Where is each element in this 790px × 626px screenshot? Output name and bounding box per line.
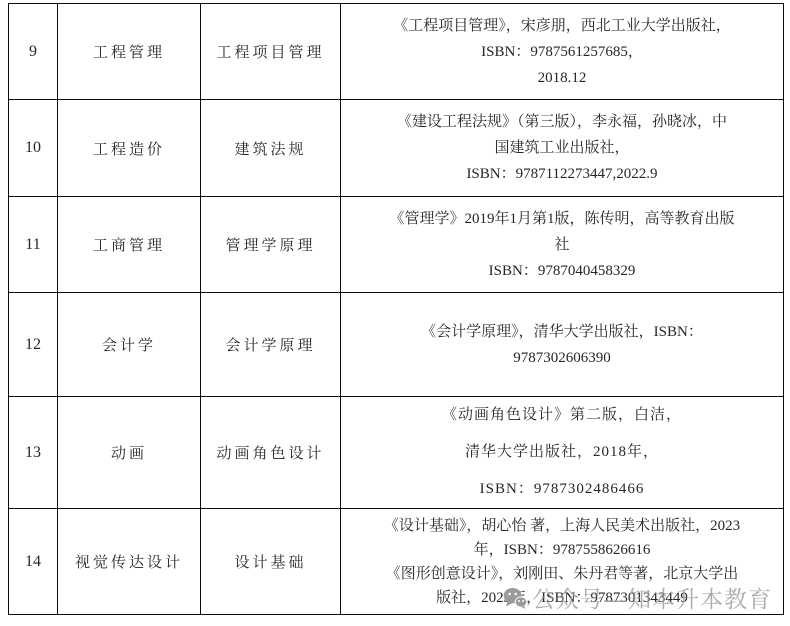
textbook-line: 社 — [341, 232, 783, 258]
textbook-line: 9787302606390 — [341, 345, 783, 371]
row-number-cell: 14 — [9, 509, 58, 615]
row-number-cell: 10 — [9, 100, 58, 197]
major-cell: 动画 — [58, 397, 201, 509]
textbook-line: 2018.12 — [341, 65, 783, 91]
textbook-line: ISBN：9787040458329 — [341, 258, 783, 284]
textbook-cell: 《会计学原理》，清华大学出版社，ISBN：9787302606390 — [341, 293, 784, 397]
textbook-line: 《图形创意设计》，刘刚田、朱丹君等著，北京大学出 — [341, 562, 783, 586]
table-row: 12 会计学 会计学原理 《会计学原理》，清华大学出版社，ISBN：978730… — [9, 293, 784, 397]
textbook-line: 《会计学原理》，清华大学出版社，ISBN： — [341, 319, 783, 345]
textbook-line: 《设计基础》，胡心怡 著，上海人民美术出版社，2023 — [341, 514, 783, 538]
course-cell: 管理学原理 — [201, 197, 341, 293]
table-row: 14 视觉传达设计 设计基础 《设计基础》，胡心怡 著，上海人民美术出版社，20… — [9, 509, 784, 615]
textbook-cell: 《动画角色设计》第二版，白洁，清华大学出版社，2018年，ISBN：978730… — [341, 397, 784, 509]
textbook-line: ISBN：9787112273447,2022.9 — [341, 161, 783, 187]
textbook-line: 清华大学出版社，2018年， — [341, 434, 783, 471]
major-cell: 工程造价 — [58, 100, 201, 197]
textbook-line: ISBN：9787302486466 — [341, 471, 783, 508]
course-cell: 会计学原理 — [201, 293, 341, 397]
textbook-table: 9 工程管理 工程项目管理 《工程项目管理》，宋彦朋，西北工业大学出版社，ISB… — [8, 3, 784, 615]
table-body: 9 工程管理 工程项目管理 《工程项目管理》，宋彦朋，西北工业大学出版社，ISB… — [9, 4, 784, 615]
course-cell: 动画角色设计 — [201, 397, 341, 509]
row-number-cell: 9 — [9, 4, 58, 100]
textbook-cell: 《建设工程法规》（第三版），李永福，孙晓冰，中国建筑工业出版社，ISBN：978… — [341, 100, 784, 197]
textbook-line: ISBN：9787561257685， — [341, 39, 783, 65]
textbook-line: 《建设工程法规》（第三版），李永福，孙晓冰，中 — [341, 109, 783, 135]
textbook-line: 《动画角色设计》第二版，白洁， — [341, 397, 783, 434]
table-row: 11 工商管理 管理学原理 《管理学》2019年1月第1版，陈传明，高等教育出版… — [9, 197, 784, 293]
textbook-line: 《工程项目管理》，宋彦朋，西北工业大学出版社， — [341, 13, 783, 39]
major-cell: 视觉传达设计 — [58, 509, 201, 615]
course-cell: 建筑法规 — [201, 100, 341, 197]
table-row: 13 动画 动画角色设计 《动画角色设计》第二版，白洁，清华大学出版社，2018… — [9, 397, 784, 509]
textbook-line: 国建筑工业出版社， — [341, 135, 783, 161]
document-page: 9 工程管理 工程项目管理 《工程项目管理》，宋彦朋，西北工业大学出版社，ISB… — [0, 0, 790, 626]
textbook-cell: 《设计基础》，胡心怡 著，上海人民美术出版社，2023年，ISBN：978755… — [341, 509, 784, 615]
textbook-line: 《管理学》2019年1月第1版，陈传明，高等教育出版 — [341, 206, 783, 232]
course-cell: 设计基础 — [201, 509, 341, 615]
textbook-line: 年，ISBN：9787558626616 — [341, 538, 783, 562]
major-cell: 会计学 — [58, 293, 201, 397]
course-cell: 工程项目管理 — [201, 4, 341, 100]
table-row: 10 工程造价 建筑法规 《建设工程法规》（第三版），李永福，孙晓冰，中国建筑工… — [9, 100, 784, 197]
row-number-cell: 13 — [9, 397, 58, 509]
table-row: 9 工程管理 工程项目管理 《工程项目管理》，宋彦朋，西北工业大学出版社，ISB… — [9, 4, 784, 100]
textbook-line: 版社，2023年，ISBN：9787301343449 — [341, 586, 783, 610]
major-cell: 工程管理 — [58, 4, 201, 100]
textbook-cell: 《工程项目管理》，宋彦朋，西北工业大学出版社，ISBN：978756125768… — [341, 4, 784, 100]
row-number-cell: 11 — [9, 197, 58, 293]
textbook-cell: 《管理学》2019年1月第1版，陈传明，高等教育出版社ISBN：97870404… — [341, 197, 784, 293]
major-cell: 工商管理 — [58, 197, 201, 293]
row-number-cell: 12 — [9, 293, 58, 397]
